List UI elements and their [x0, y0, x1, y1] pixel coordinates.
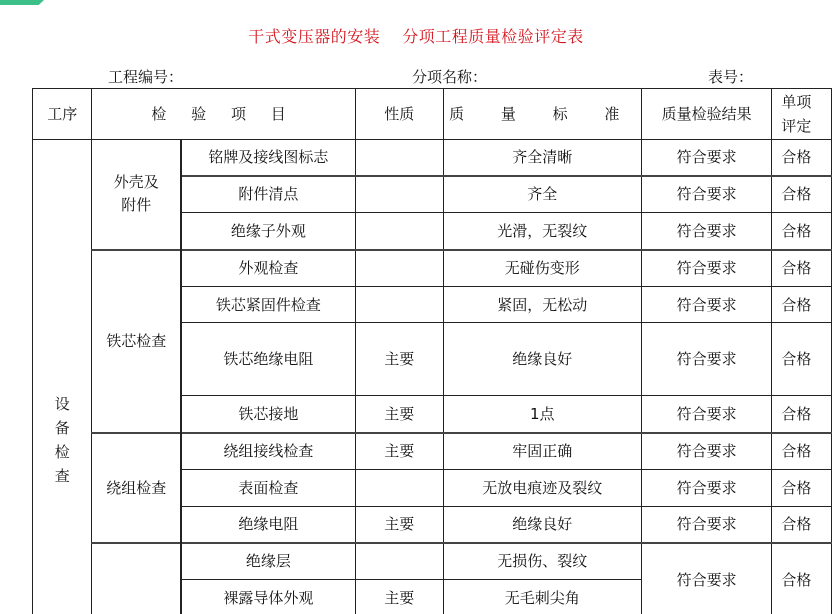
- item-cell: 绝缘电阻: [181, 507, 355, 543]
- group-name-line1: 外壳及: [92, 171, 180, 194]
- group-name-cell: 铁芯检查: [92, 250, 181, 433]
- nature-cell: 主要: [355, 323, 443, 396]
- item-cell: 铁芯接地: [181, 396, 355, 433]
- result-cell: 符合要求: [641, 507, 772, 543]
- item-cell: 铁芯紧固件检查: [181, 287, 355, 323]
- group-name-cell: [92, 543, 181, 614]
- rating-cell: 合格: [772, 470, 832, 507]
- header-result: 质量检验结果: [641, 89, 772, 140]
- corner-tab-decoration: [0, 0, 44, 5]
- nature-cell: [355, 250, 443, 287]
- standard-cell: 1点: [443, 396, 641, 433]
- standard-cell: 绝缘良好: [443, 507, 641, 543]
- header-rating: 单项 评定: [772, 89, 832, 140]
- process-char: 设: [33, 392, 91, 416]
- nature-cell: 主要: [355, 507, 443, 543]
- table-no-label: 表号：: [708, 66, 753, 87]
- group-name-cell: 绕组检查: [92, 433, 181, 543]
- project-no-label: 工程编号：: [108, 66, 183, 87]
- nature-cell: [355, 140, 443, 176]
- header-rating-line1: 单项: [781, 90, 831, 114]
- result-cell: 符合要求: [641, 396, 772, 433]
- nature-cell: [355, 176, 443, 213]
- standard-cell: 无碰伤变形: [443, 250, 641, 287]
- group-name-cell: 外壳及 附件: [92, 140, 181, 250]
- table-row: 设 备 检 查 外壳及 附件 铭牌及接线图标志 齐全清晰 符合要求 合格: [33, 140, 832, 176]
- result-cell: 符合要求: [641, 140, 772, 176]
- item-cell: 外观检查: [181, 250, 355, 287]
- table-row: 铁芯检查 外观检查 无碰伤变形 符合要求 合格: [33, 250, 832, 287]
- standard-cell: 齐全清晰: [443, 140, 641, 176]
- group-name-line2: 附件: [92, 194, 180, 217]
- process-cell: 设 备 检 查: [33, 140, 92, 614]
- rating-cell: 合格: [772, 433, 832, 470]
- result-cell: 符合要求: [641, 287, 772, 323]
- process-char: 备: [33, 416, 91, 440]
- rating-cell: 合格: [772, 323, 832, 396]
- rating-cell: 合格: [772, 213, 832, 250]
- standard-cell: 无毛刺尖角: [443, 580, 641, 614]
- item-cell: 绝缘层: [181, 543, 355, 580]
- rating-cell: 合格: [772, 507, 832, 543]
- rating-cell: 合格: [772, 140, 832, 176]
- header-nature: 性质: [355, 89, 443, 140]
- rating-cell: 合格: [772, 396, 832, 433]
- header-row: 工序 检 验 项 目 性质 质 量 标 准 质量检验结果 单项 评定: [33, 89, 832, 140]
- result-cell: 符合要求: [641, 470, 772, 507]
- merged-rating-cell: 合格: [772, 543, 832, 614]
- standard-cell: 绝缘良好: [443, 323, 641, 396]
- item-cell: 裸露导体外观: [181, 580, 355, 614]
- standard-cell: 无放电痕迹及裂纹: [443, 470, 641, 507]
- rating-cell: 合格: [772, 176, 832, 213]
- process-char: 查: [33, 464, 91, 488]
- result-cell: 符合要求: [641, 250, 772, 287]
- table-row: 绝缘层 无损伤、裂纹 符合要求 合格: [33, 543, 832, 580]
- result-cell: 符合要求: [641, 176, 772, 213]
- document-title: 干式变压器的安装分项工程质量检验评定表: [0, 24, 832, 47]
- header-quality-standard: 质 量 标 准: [443, 89, 641, 140]
- nature-cell: 主要: [355, 433, 443, 470]
- standard-cell: 光滑，无裂纹: [443, 213, 641, 250]
- nature-cell: [355, 470, 443, 507]
- table-row: 绕组检查 绕组接线检查 主要 牢固正确 符合要求 合格: [33, 433, 832, 470]
- item-cell: 铁芯绝缘电阻: [181, 323, 355, 396]
- result-cell: 符合要求: [641, 213, 772, 250]
- title-part-2: 分项工程质量检验评定表: [402, 27, 584, 46]
- inspection-table: 工序 检 验 项 目 性质 质 量 标 准 质量检验结果 单项 评定 设 备 检…: [32, 88, 832, 614]
- item-cell: 绕组接线检查: [181, 433, 355, 470]
- header-rating-line2: 评定: [781, 114, 831, 138]
- item-cell: 附件清点: [181, 176, 355, 213]
- nature-cell: [355, 543, 443, 580]
- nature-cell: [355, 287, 443, 323]
- result-cell: 符合要求: [641, 323, 772, 396]
- nature-cell: 主要: [355, 580, 443, 614]
- item-cell: 绝缘子外观: [181, 213, 355, 250]
- standard-cell: 无损伤、裂纹: [443, 543, 641, 580]
- process-char: 检: [33, 440, 91, 464]
- rating-cell: 合格: [772, 250, 832, 287]
- standard-cell: 紧固，无松动: [443, 287, 641, 323]
- subitem-name-label: 分项名称：: [412, 66, 487, 87]
- result-cell: 符合要求: [641, 433, 772, 470]
- standard-cell: 牢固正确: [443, 433, 641, 470]
- rating-cell: 合格: [772, 287, 832, 323]
- merged-result-cell: 符合要求: [641, 543, 772, 614]
- standard-cell: 齐全: [443, 176, 641, 213]
- nature-cell: 主要: [355, 396, 443, 433]
- header-inspection-item: 检 验 项 目: [92, 89, 355, 140]
- nature-cell: [355, 213, 443, 250]
- header-process: 工序: [33, 89, 92, 140]
- title-part-1: 干式变压器的安装: [248, 27, 380, 46]
- item-cell: 铭牌及接线图标志: [181, 140, 355, 176]
- item-cell: 表面检查: [181, 470, 355, 507]
